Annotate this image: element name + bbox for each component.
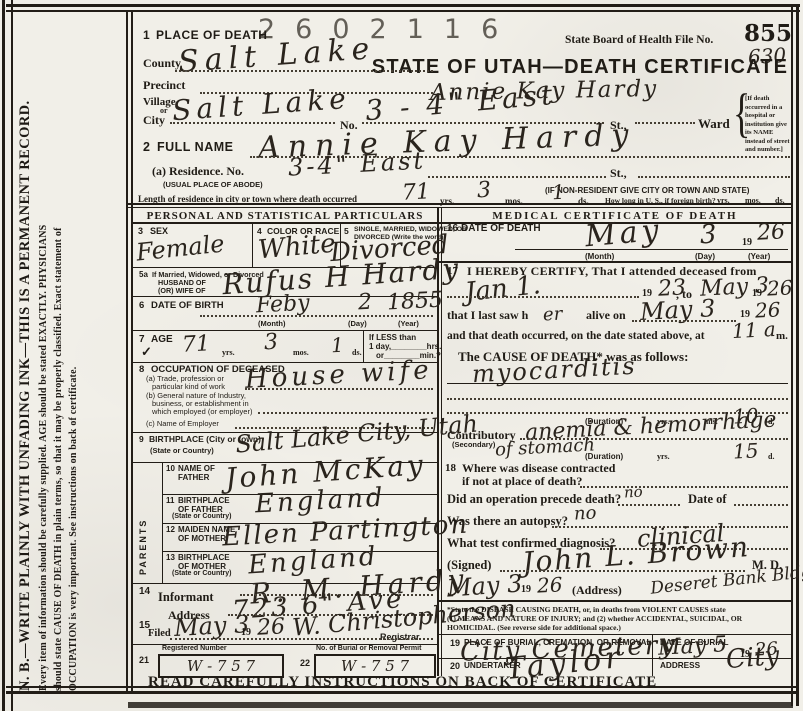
reg-number-num: 21 <box>139 655 149 665</box>
length-mos-value: 3 <box>476 178 491 204</box>
certify-num: 17 <box>447 265 458 277</box>
length-yrs-value: 71 <box>401 179 430 205</box>
burial-permit-value: W - 7 5 7 <box>341 657 409 675</box>
sex-value: Female <box>135 229 226 266</box>
duration2-days-value: 15 <box>732 438 759 463</box>
full-name-num: 2 <box>143 140 150 154</box>
dob-day-value: 2 <box>357 290 372 316</box>
rule-dod-line <box>515 249 788 250</box>
death-time-value: 11 a <box>731 317 776 343</box>
informant-num: 14 <box>139 586 150 597</box>
residence-line-2 <box>638 176 790 178</box>
burial-num: 19 <box>450 638 460 648</box>
father-bp-num: 11 <box>166 496 174 505</box>
county-label: County <box>143 56 181 71</box>
age-ds-value: 1 <box>330 333 344 358</box>
operation-value: no <box>624 483 644 502</box>
sex-num: 3 <box>138 226 143 236</box>
dod-month-label: (Month) <box>585 252 614 261</box>
occupation-line-b <box>258 412 433 414</box>
reg-number-value: W - 7 5 7 <box>187 657 255 675</box>
duration2-yrs-label: yrs. <box>657 452 670 461</box>
parents-vertical-label: PARENTS <box>138 475 148 575</box>
filed-year-pre: 19 <box>241 627 251 638</box>
rule-top-section-2 <box>128 207 793 208</box>
rule-form-left-1 <box>126 12 128 691</box>
occupation-b3: which employed (or employer) <box>152 407 252 416</box>
dod-day-label: (Day) <box>695 252 715 261</box>
dob-year-value: 1855 <box>386 288 443 316</box>
signed-date-value: May 3 <box>446 569 523 602</box>
dob-num: 6 <box>139 300 144 311</box>
precinct-label: Precinct <box>143 78 185 93</box>
st-line <box>635 122 695 124</box>
sidebar-instructions: N. B.—WRITE PLAINLY WITH UNFADING INK—TH… <box>17 101 117 691</box>
scan-edge-bar <box>128 702 793 708</box>
footnote-line-3: HOMICIDAL. (See reverse side for additio… <box>447 623 621 632</box>
signed-year-pre: 19 <box>521 584 531 595</box>
rule-under-16 <box>437 261 791 263</box>
father-bp-label-3: (State or Country) <box>172 513 232 520</box>
mother-bp-label-3: (State or Country) <box>172 570 232 577</box>
age-checkmark: ✓ <box>141 344 152 360</box>
rule-cause-line <box>447 383 788 384</box>
contributory-value-2: of stomach <box>495 434 596 460</box>
dod-num: 16 <box>447 223 458 234</box>
city-value: Salt Lake <box>171 82 352 127</box>
rule-bottom-2 <box>6 691 799 694</box>
rule-top-1 <box>6 4 800 7</box>
registrar-label: Registrar <box>380 632 420 642</box>
occupation-line-a <box>245 388 433 390</box>
age-yrs-label: yrs. <box>222 348 235 357</box>
length-ds-value: 1 <box>551 180 565 205</box>
sidebar-line-big: N. B.—WRITE PLAINLY WITH UNFADING INK—TH… <box>17 100 34 691</box>
rule-under-signed <box>437 600 791 602</box>
duration2-label: (Duration) <box>585 452 623 461</box>
residence-value: 3-4" East <box>287 146 426 181</box>
rule-age-subbox <box>363 330 364 362</box>
occupation-c1: (c) Name of Employer <box>146 419 219 428</box>
disease-contracted-label-2: if not at place of death? <box>462 474 582 489</box>
autopsy-value: no <box>573 502 597 524</box>
mother-name-num: 12 <box>166 525 175 534</box>
sidebar-line-3: OCCUPATION is very important. See instru… <box>68 367 79 691</box>
residence-label: (a) Residence. No. <box>152 164 244 179</box>
disease-contracted-line <box>580 486 788 488</box>
footnote-line-1: *State the DISEASE CAUSING DEATH, or, in… <box>447 605 726 614</box>
marital-num: 5 <box>344 226 349 236</box>
dod-year-pre: 19 <box>742 237 752 248</box>
filed-line <box>170 638 433 640</box>
death-certificate-document: N. B.—WRITE PLAINLY WITH UNFADING INK—TH… <box>0 0 803 711</box>
age-mos-value: 3 <box>263 330 278 356</box>
duration2-d-label: d. <box>768 452 774 461</box>
certify-from-line <box>447 296 639 298</box>
disease-contracted-num: 18 <box>445 462 456 474</box>
spouse-num: 5a <box>139 270 148 279</box>
city-line <box>170 122 335 124</box>
dob-year-label: (Year) <box>398 319 419 328</box>
county-line <box>175 70 433 72</box>
certificate-title: STATE OF UTAH—DEATH CERTIFICATE <box>368 56 792 79</box>
place-of-death-num: 1 <box>143 28 150 42</box>
dod-day-value: 3 <box>699 220 717 251</box>
mother-bp-label-1: BIRTHPLACE <box>178 553 230 562</box>
age-less-1: If LESS than <box>369 333 416 342</box>
certify-from-value: Jan 1. <box>464 270 542 308</box>
filed-year-value: 26 <box>256 614 285 640</box>
burial-permit-label: No. of Burial or Removal Permit <box>316 645 421 652</box>
undertaker-address-label: ADDRESS <box>660 661 700 670</box>
operation-line <box>618 504 680 506</box>
rule-right-2 <box>796 4 799 706</box>
undertaker-address-value: City <box>725 641 781 676</box>
burial-date-value: May 5 <box>657 632 727 661</box>
death-occurred-text: and that death occurred, on the date sta… <box>447 330 705 342</box>
dob-month-label: (Month) <box>258 319 285 328</box>
sidebar-line-2: should state CAUSE OF DEATH in plain ter… <box>53 227 64 691</box>
father-bp-label-1: BIRTHPLACE <box>178 496 230 505</box>
father-name-label-2: FATHER <box>178 473 209 482</box>
signed-label: (Signed) <box>447 558 491 573</box>
age-mos-label: mos. <box>293 348 309 357</box>
address-label: (Address) <box>572 583 622 598</box>
dob-day-label: (Day) <box>348 319 367 328</box>
birthplace-value: Salt Lake City, Utah <box>234 409 479 458</box>
dod-label: DATE OF DEATH <box>461 223 541 234</box>
filed-label: Filed <box>148 628 171 639</box>
dod-year-label: (Year) <box>748 252 770 261</box>
contributory-sub-label: (Secondary) <box>452 440 495 449</box>
birthplace-sub: (State or Country) <box>150 446 214 455</box>
rule-left-edge-2 <box>11 0 13 711</box>
lastsaw-pronoun: er <box>542 304 562 326</box>
dob-line <box>200 315 433 317</box>
full-name-label: FULL NAME <box>157 140 234 154</box>
age-label: AGE <box>151 334 173 345</box>
city-label: City <box>143 113 165 128</box>
footnote-line-2: (1) MEANS AND NATURE OF INJURY; and (2) … <box>447 614 742 623</box>
residence-st-label: St., <box>610 166 627 181</box>
nonresident-note: (IF NON-RESIDENT GIVE CITY OR TOWN AND S… <box>545 186 749 195</box>
death-time-m-label: m. <box>776 330 788 342</box>
abode-note: (USUAL PLACE OF ABODE) <box>163 180 263 189</box>
lastsaw-text-1: that I last saw h <box>447 308 528 323</box>
left-column-title: PERSONAL AND STATISTICAL PARTICULARS <box>133 210 437 222</box>
rule-form-left-2 <box>131 12 133 691</box>
rule-left-edge-1 <box>2 0 5 711</box>
spouse-label-3: (OR) WIFE OF <box>158 286 206 295</box>
operation-date-line <box>734 504 788 506</box>
occupation-num: 8 <box>139 364 144 375</box>
age-ds-label: ds. <box>352 348 362 357</box>
residence-line-1 <box>428 176 606 178</box>
signed-year-value: 26 <box>536 572 563 597</box>
race-value: White <box>257 229 337 266</box>
autopsy-label: Was there an autopsy? <box>447 514 568 529</box>
file-no-label: State Board of Health File No. <box>565 34 713 46</box>
age-less-2: 1 day,________hrs. <box>369 342 441 351</box>
cause-dotline-1 <box>447 398 788 400</box>
sidebar-line-1: Every item of information should be care… <box>38 225 49 691</box>
street-no-value: 3 - 4" East <box>364 78 558 128</box>
birthplace-num: 9 <box>139 434 144 444</box>
rule-top-section-1 <box>128 203 793 205</box>
age-yrs-value: 71 <box>181 331 210 357</box>
operation-date-label: Date of <box>688 492 727 507</box>
mother-name-label-2: OF MOTHER <box>178 534 226 543</box>
burial-permit-num: 22 <box>300 658 310 668</box>
reg-number-label: Registered Number <box>162 645 227 652</box>
dob-label: DATE OF BIRTH <box>151 300 224 311</box>
rule-row3-div1 <box>252 224 253 267</box>
ward-note: [If death occurred in a hospital or inst… <box>745 95 795 155</box>
occupation-a2: particular kind of work <box>152 382 225 391</box>
rule-under-6 <box>133 330 437 331</box>
dod-year-value: 26 <box>756 219 785 245</box>
lastsaw-line <box>632 320 736 322</box>
undertaker-num: 20 <box>450 661 460 671</box>
father-name-num: 10 <box>166 464 175 473</box>
father-name-label-1: NAME OF <box>178 464 215 473</box>
mother-bp-num: 13 <box>166 553 175 562</box>
ward-label: Ward <box>698 116 730 132</box>
informant-label: Informant <box>158 590 214 605</box>
lastsaw-text-2: alive on <box>586 308 626 323</box>
bottom-banner: READ CAREFULLY INSTRUCTIONS ON BACK OF C… <box>148 674 598 691</box>
